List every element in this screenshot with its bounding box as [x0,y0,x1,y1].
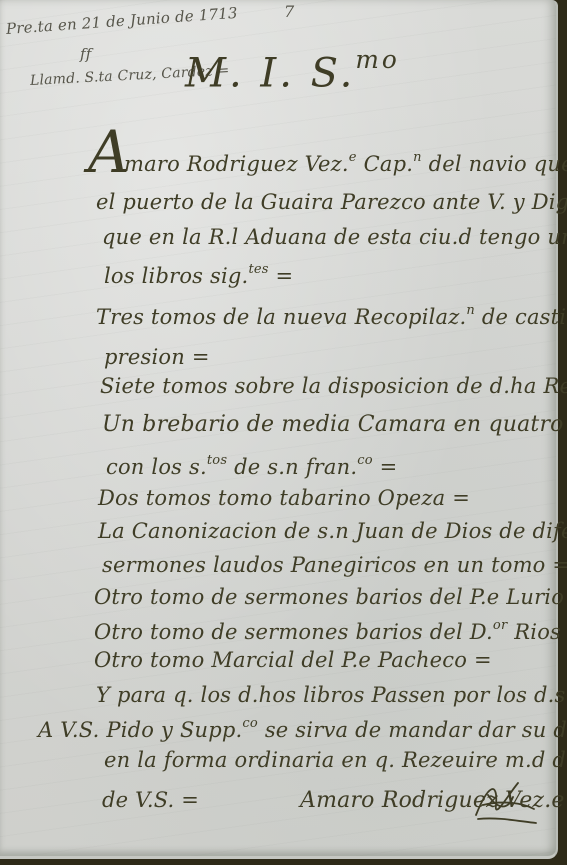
text-line-18: en la forma ordinaria en q. Rezeuire m.d… [104,748,567,772]
line-text: maro Rodriguez Vez. [124,152,349,176]
line-sup: or [493,618,507,633]
line-text-cont: se sirva de mandar dar su despacho [258,718,567,742]
line-sup: e [349,150,357,165]
text-line-13: Otro tomo de sermones barios del P.e Lur… [94,585,567,609]
salutation: M. I. S.mo [185,45,400,97]
text-line-11: La Canonizacion de s.n Juan de Dios de d… [98,519,567,543]
text-line-17: A V.S. Pido y Supp.co se sirva de mandar… [38,716,567,742]
text-line-3: que en la R.l Aduana de esta ciu.d tengo… [102,225,567,249]
line-text-cont: de castilla de la ultima im [475,305,567,329]
salutation-text: M. I. S. [185,51,355,97]
line-text: A V.S. Pido y Supp. [38,718,242,742]
text-line-8: Un brebario de media Camara en quatro cu… [102,412,567,437]
line-sup: tos [207,453,227,468]
text-line-19: de V.S. = [102,788,199,812]
line-sup-2: co [357,453,373,468]
line-text-cont: = [269,264,294,288]
text-line-7: Siete tomos sobre la disposicion de d.ha… [100,374,567,398]
text-line-15: Otro tomo Marcial del P.e Pacheco = [94,648,492,672]
line-text: Otro tomo de sermones barios del D. [94,620,493,644]
line-sup: co [242,716,258,731]
text-line-5: Tres tomos de la nueva Recopilaz.n de ca… [96,303,567,329]
margin-note-presented: Pre.ta en 21 de Junio de 1713 [5,4,238,38]
signature-rubric-icon [468,775,538,825]
text-line-2: el puerto de la Guaira Parezco ante V. y… [96,190,567,214]
line-text-cont-2: del navio que para de N.ro [422,152,567,176]
line-sup: tes [248,262,268,277]
manuscript-page: 7 Pre.ta en 21 de Junio de 1713 ff Llamd… [0,0,558,859]
text-line-1: maro Rodriguez Vez.e Cap.n del navio que… [92,150,567,176]
line-text-cont: Rios = [507,620,567,644]
salutation-sup: mo [355,45,399,74]
line-sup-2: n [413,150,422,165]
folio-number: 7 [284,2,294,21]
text-line-12: sermones laudos Panegiricos en un tomo = [102,553,567,577]
line-text: Tres tomos de la nueva Recopilaz. [96,305,466,329]
line-text-cont: de s.n fran. [227,455,357,479]
line-text-cont: Cap. [357,152,413,176]
line-text: con los s. [106,455,207,479]
text-line-9: con los s.tos de s.n fran.co = [106,453,397,479]
text-line-4: los libros sig.tes = [104,262,293,288]
margin-rubric: ff [80,45,92,63]
line-text: Y para q. los d.hos libros Passen por lo… [96,683,567,707]
line-text-cont-2: = [373,455,398,479]
text-line-6: presion = [104,345,210,369]
text-line-14: Otro tomo de sermones barios del D.or Ri… [94,618,567,644]
line-text: los libros sig. [104,264,248,288]
text-line-10: Dos tomos tomo tabarino Opeza = [98,486,470,510]
text-line-16: Y para q. los d.hos libros Passen por lo… [96,681,567,707]
line-sup: n [466,303,475,318]
